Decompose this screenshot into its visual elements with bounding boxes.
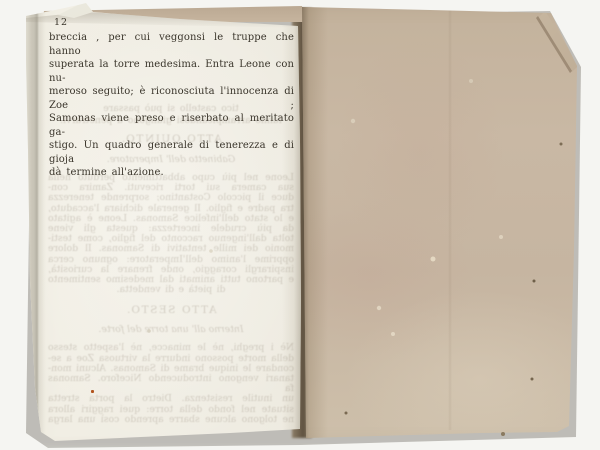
- show-through-act5-scene: Gabinetto dell' Imperatore.: [48, 154, 294, 165]
- show-through-line: ne tolgono alcune sbarre aprendo così un…: [48, 415, 294, 425]
- paper-specks: [0, 0, 2, 2]
- photo-of-open-book: 12 breccia , per cui veggonsi le truppe …: [0, 0, 600, 450]
- show-through-line: di pietà e di vendetta.: [48, 285, 294, 295]
- show-through-fragment: tico castello si può passare: [48, 103, 294, 115]
- cover-crease: [448, 10, 452, 430]
- show-through-act6-paragraph: Nè i preghi, nè le minacce, nè l'aspetto…: [48, 343, 294, 425]
- show-through-act6-heading: ATTO SESTO.: [48, 304, 294, 316]
- paragraph-line: breccia , per cui veggonsi le truppe che…: [49, 31, 294, 58]
- cover-gutter-shading: [302, 7, 328, 438]
- show-through-text: tico castello si può passare fanno arram…: [48, 103, 294, 425]
- show-through-line: tanari vengono introducendo Niceforo. Sa…: [48, 374, 294, 394]
- show-through-act6-scene: Interno all' una torre del forte.: [48, 324, 294, 335]
- paragraph-line: superata la torre medesima. Entra Leone …: [49, 58, 294, 85]
- show-through-fragment: fanno arrampicandosi giungono a penetrar…: [48, 115, 294, 127]
- page-number: 12: [54, 17, 68, 28]
- red-ink-speck: [91, 390, 94, 393]
- show-through-act5-heading: ATTO QUINTO.: [48, 133, 294, 145]
- show-through-act5-paragraph: Leone nel più cupo abbattimento perduto …: [48, 173, 294, 295]
